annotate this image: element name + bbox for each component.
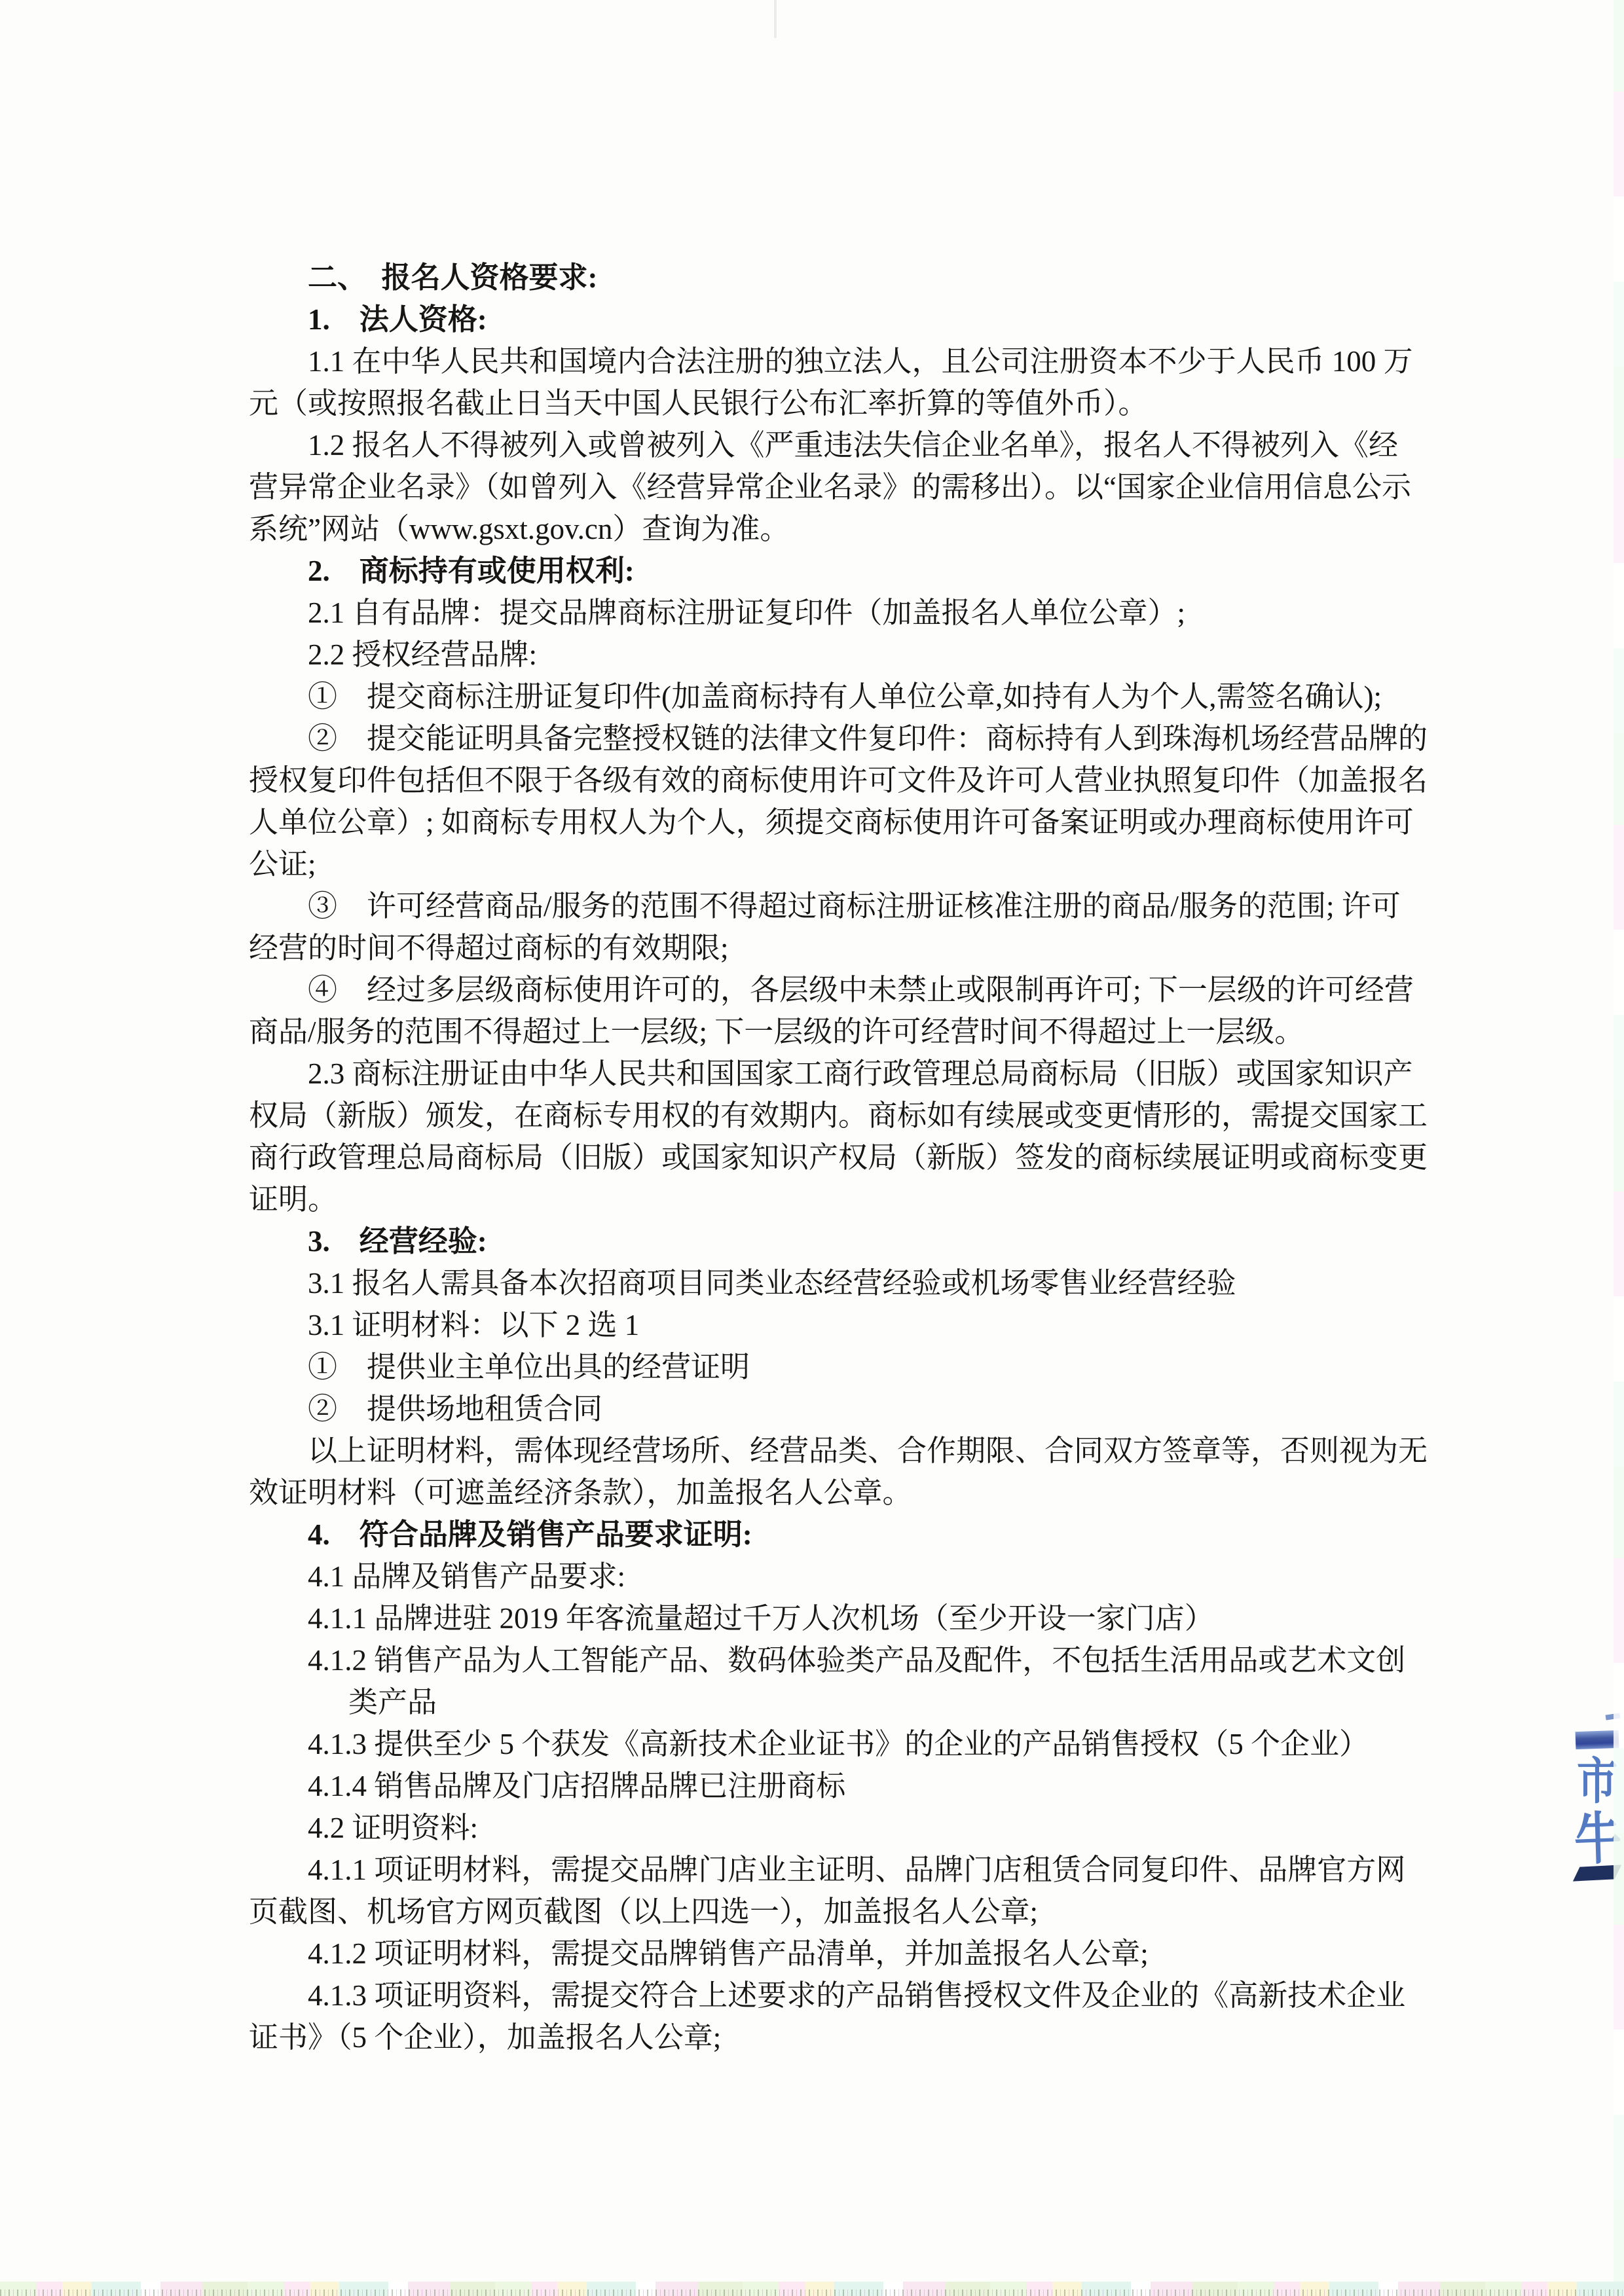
- text-line: 系统”网站（www.gsxt.gov.cn）查询为准。: [249, 508, 1388, 550]
- text-line: 页截图、机场官方网页截图（以上四选一），加盖报名人公章;: [249, 1891, 1388, 1933]
- text-line: 类产品: [249, 1681, 1388, 1723]
- text-line: 1. 法人资格:: [249, 299, 1388, 340]
- text-line: 营异常企业名录》（如曾列入《经营异常企业名录》的需移出）。以“国家企业信用信息公…: [249, 466, 1388, 508]
- text-line: 4.1.3 提供至少 5 个获发《高新技术企业证书》的企业的产品销售授权（5 个…: [249, 1723, 1388, 1765]
- text-line: 4.1.4 销售品牌及门店招牌品牌已注册商标: [249, 1765, 1388, 1807]
- text-line: 权局（新版）颁发，在商标专用权的有效期内。商标如有续展或变更情形的，需提交国家工: [249, 1095, 1388, 1137]
- text-line: 授权复印件包括但不限于各级有效的商标使用许可文件及许可人营业执照复印件（加盖报名: [249, 759, 1388, 801]
- text-line: 商品/服务的范围不得超过上一层级; 下一层级的许可经营时间不得超过上一层级。: [249, 1011, 1388, 1053]
- text-line: ③ 许可经营商品/服务的范围不得超过商标注册证核准注册的商品/服务的范围; 许可: [249, 885, 1388, 927]
- text-line: 2.1 自有品牌：提交品牌商标注册证复印件（加盖报名人单位公章）;: [249, 592, 1388, 634]
- text-line: 3.1 报名人需具备本次招商项目同类业态经营经验或机场零售业经营经验: [249, 1262, 1388, 1304]
- document-page: 二、 报名人资格要求:1. 法人资格:1.1 在中华人民共和国境内合法注册的独立…: [0, 0, 1624, 2296]
- text-line: 证书》（5 个企业），加盖报名人公章;: [249, 2016, 1388, 2058]
- scanner-smudge: [774, 0, 777, 38]
- text-line: ④ 经过多层级商标使用许可的，各层级中未禁止或限制再许可; 下一层级的许可经营: [249, 969, 1388, 1011]
- stamp-bar: [1576, 1730, 1619, 1749]
- document-text-block: 二、 报名人资格要求:1. 法人资格:1.1 在中华人民共和国境内合法注册的独立…: [249, 257, 1388, 2058]
- text-line: 元（或按照报名截止日当天中国人民银行公布汇率折算的等值外币）。: [249, 382, 1388, 424]
- text-line: 经营的时间不得超过商标的有效期限;: [249, 927, 1388, 969]
- scanner-edge-artifact-right: [1614, 0, 1624, 2296]
- text-line: 人单位公章）; 如商标专用权人为个人，须提交商标使用许可备案证明或办理商标使用许…: [249, 801, 1388, 843]
- text-line: 4.1 品牌及销售产品要求:: [249, 1556, 1388, 1597]
- text-line: 以上证明材料，需体现经营场所、经营品类、合作期限、合同双方签章等，否则视为无: [249, 1430, 1388, 1472]
- scanner-edge-noise-ticks: [0, 2289, 1624, 2296]
- stamp-character-top: 市: [1577, 1757, 1617, 1807]
- text-line: 4.1.3 项证明资料，需提交符合上述要求的产品销售授权文件及企业的《高新技术企…: [249, 1975, 1388, 2016]
- text-line: 公证;: [249, 843, 1388, 885]
- text-line: 4. 符合品牌及销售产品要求证明:: [249, 1514, 1388, 1556]
- text-line: 2. 商标持有或使用权利:: [249, 550, 1388, 592]
- text-line: 1.2 报名人不得被列入或曾被列入《严重违法失信企业名单》，报名人不得被列入《经: [249, 424, 1388, 466]
- text-line: 2.3 商标注册证由中华人民共和国国家工商行政管理总局商标局（旧版）或国家知识产: [249, 1053, 1388, 1095]
- text-line: 4.2 证明资料:: [249, 1807, 1388, 1849]
- text-line: 证明。: [249, 1178, 1388, 1220]
- text-line: ② 提交能证明具备完整授权链的法律文件复印件：商标持有人到珠海机场经营品牌的: [249, 718, 1388, 759]
- text-line: 1.1 在中华人民共和国境内合法注册的独立法人，且公司注册资本不少于人民币 10…: [249, 340, 1388, 382]
- text-line: 二、 报名人资格要求:: [249, 257, 1388, 299]
- text-line: ① 提供业主单位出具的经营证明: [249, 1346, 1388, 1388]
- text-line: 3. 经营经验:: [249, 1220, 1388, 1262]
- text-line: ① 提交商标注册证复印件(加盖商标持有人单位公章,如持有人为个人,需签名确认);: [249, 676, 1388, 718]
- text-line: ② 提供场地租赁合同: [249, 1388, 1388, 1430]
- text-line: 2.2 授权经营品牌:: [249, 634, 1388, 676]
- text-line: 4.1.1 品牌进驻 2019 年客流量超过千万人次机场（至少开设一家门店）: [249, 1597, 1388, 1639]
- text-line: 效证明材料（可遮盖经济条款），加盖报名人公章。: [249, 1472, 1388, 1514]
- text-line: 商行政管理总局商标局（旧版）或国家知识产权局（新版）签发的商标续展证明或商标变更: [249, 1137, 1388, 1178]
- text-line: 4.1.1 项证明材料，需提交品牌门店业主证明、品牌门店租赁合同复印件、品牌官方…: [249, 1849, 1388, 1891]
- text-line: 3.1 证明材料：以下 2 选 1: [249, 1304, 1388, 1346]
- text-line: 4.1.2 销售产品为人工智能产品、数码体验类产品及配件，不包括生活用品或艺术文…: [249, 1639, 1388, 1681]
- text-line: 4.1.2 项证明材料，需提交品牌销售产品清单，并加盖报名人公章;: [249, 1933, 1388, 1975]
